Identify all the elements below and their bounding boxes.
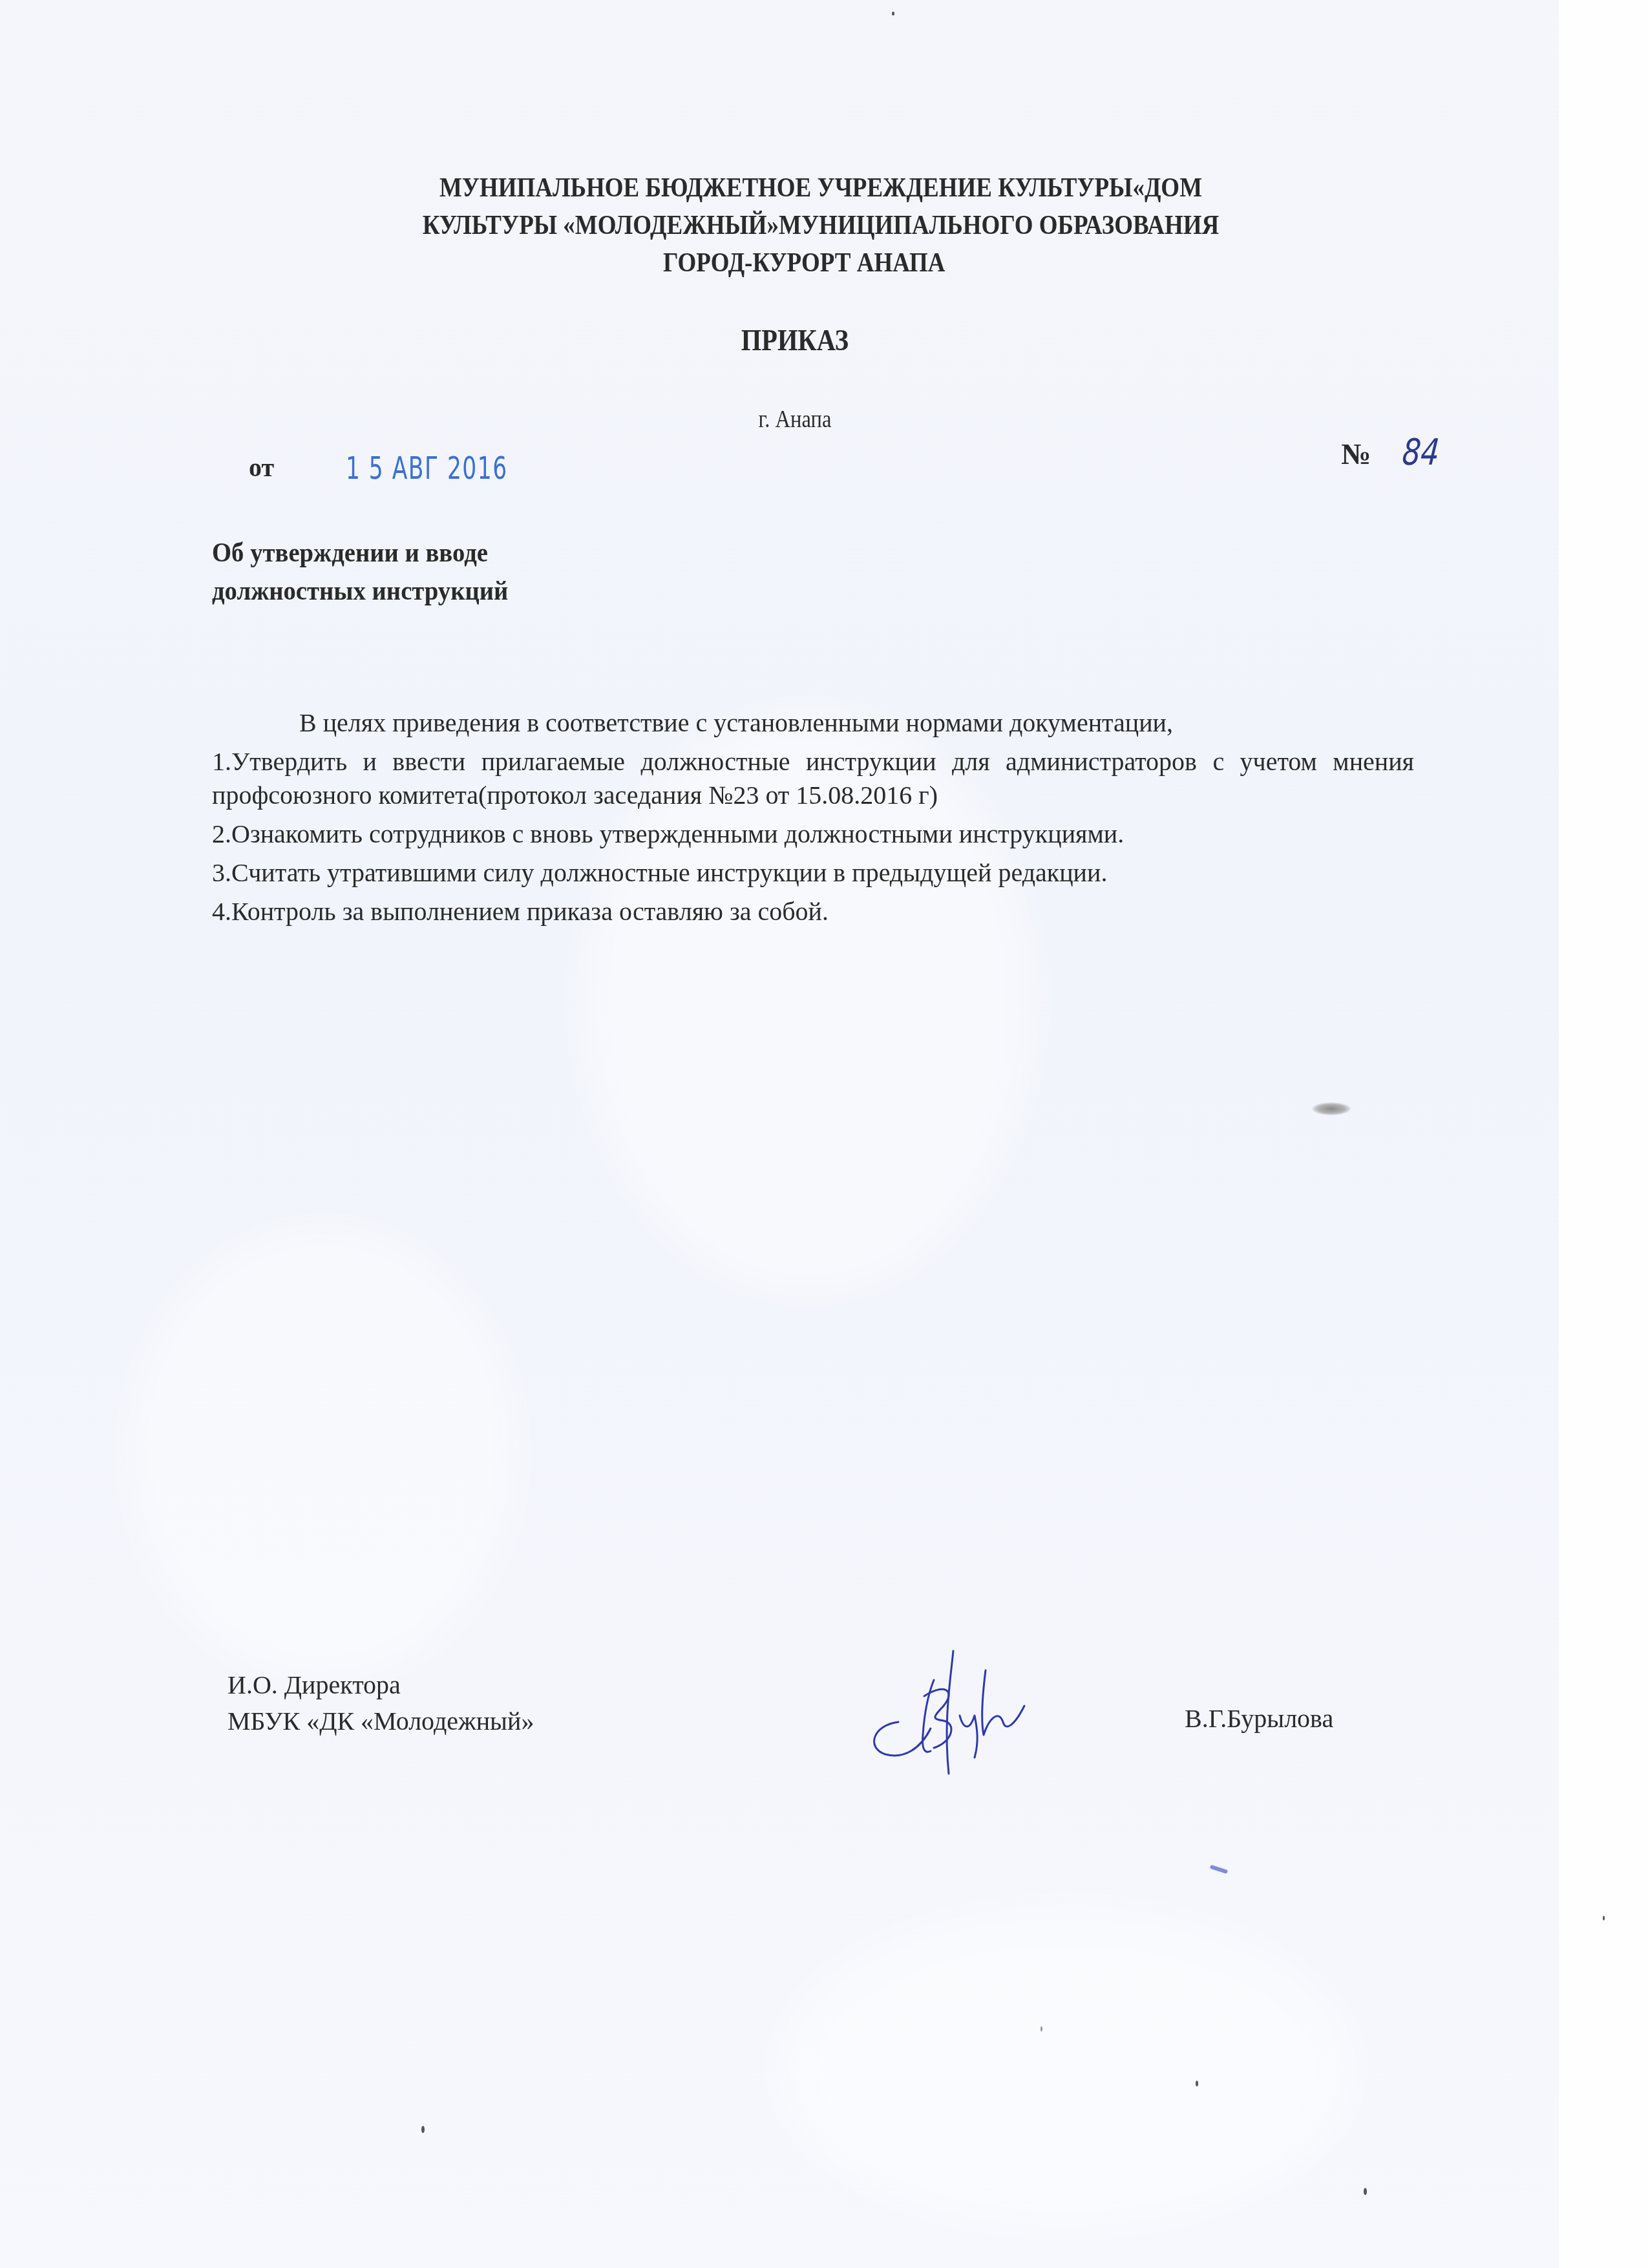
subject-line: должностных инструкций [212,572,508,610]
scan-margin [1559,0,1648,2268]
ink-smudge [1312,1102,1351,1115]
handwritten-signature-icon [860,1644,1066,1787]
scan-speck [1041,2026,1042,2032]
order-body: В целях приведения в соответствие с уста… [212,706,1414,934]
number-label: № [1341,437,1371,471]
header-line: КУЛЬТУРЫ «МОЛОДЕЖНЫЙ»МУНИЦИПАЛЬНОГО ОБРА… [326,207,1316,244]
paper-crease [129,1228,517,1680]
order-subject: Об утверждении и вводе должностных инстр… [212,534,508,610]
order-item-2: 2.Ознакомить сотрудников с вновь утвержд… [212,817,1414,851]
scan-speck [1364,2188,1367,2195]
scan-speck [892,12,894,16]
position-line: И.О. Директора [227,1667,534,1703]
document-title: ПРИКАЗ [712,323,878,358]
handwritten-order-number: 84 [1400,432,1441,474]
intro-paragraph: В целях приведения в соответствие с уста… [212,706,1414,740]
position-line: МБУК «ДК «Молодежный» [227,1703,534,1739]
organization-header: МУНИПАЛЬНОЕ БЮДЖЕТНОЕ УЧРЕЖДЕНИЕ КУЛЬТУР… [326,169,1316,282]
scan-speck [1603,1916,1605,1920]
date-label: от [249,452,274,483]
city-line: г. Анапа [710,406,880,434]
order-item-4: 4.Контроль за выполнением приказа оставл… [212,895,1414,929]
header-line: МУНИПАЛЬНОЕ БЮДЖЕТНОЕ УЧРЕЖДЕНИЕ КУЛЬТУР… [326,169,1316,207]
order-item-1: 1.Утвердить и ввести прилагаемые должнос… [212,745,1414,812]
date-stamp: 1 5 АВГ 2016 [346,450,508,487]
scan-speck [1196,2081,1198,2086]
signer-name: В.Г.Бурылова [1185,1703,1333,1734]
subject-line: Об утверждении и вводе [212,534,508,572]
scan-speck [421,2126,425,2133]
header-line: ГОРОД-КУРОРТ АНАПА [326,244,1316,282]
signer-position: И.О. Директора МБУК «ДК «Молодежный» [227,1667,534,1739]
order-item-3: 3.Считать утратившими силу должностные и… [212,856,1414,890]
paper-crease [776,1906,1357,2229]
